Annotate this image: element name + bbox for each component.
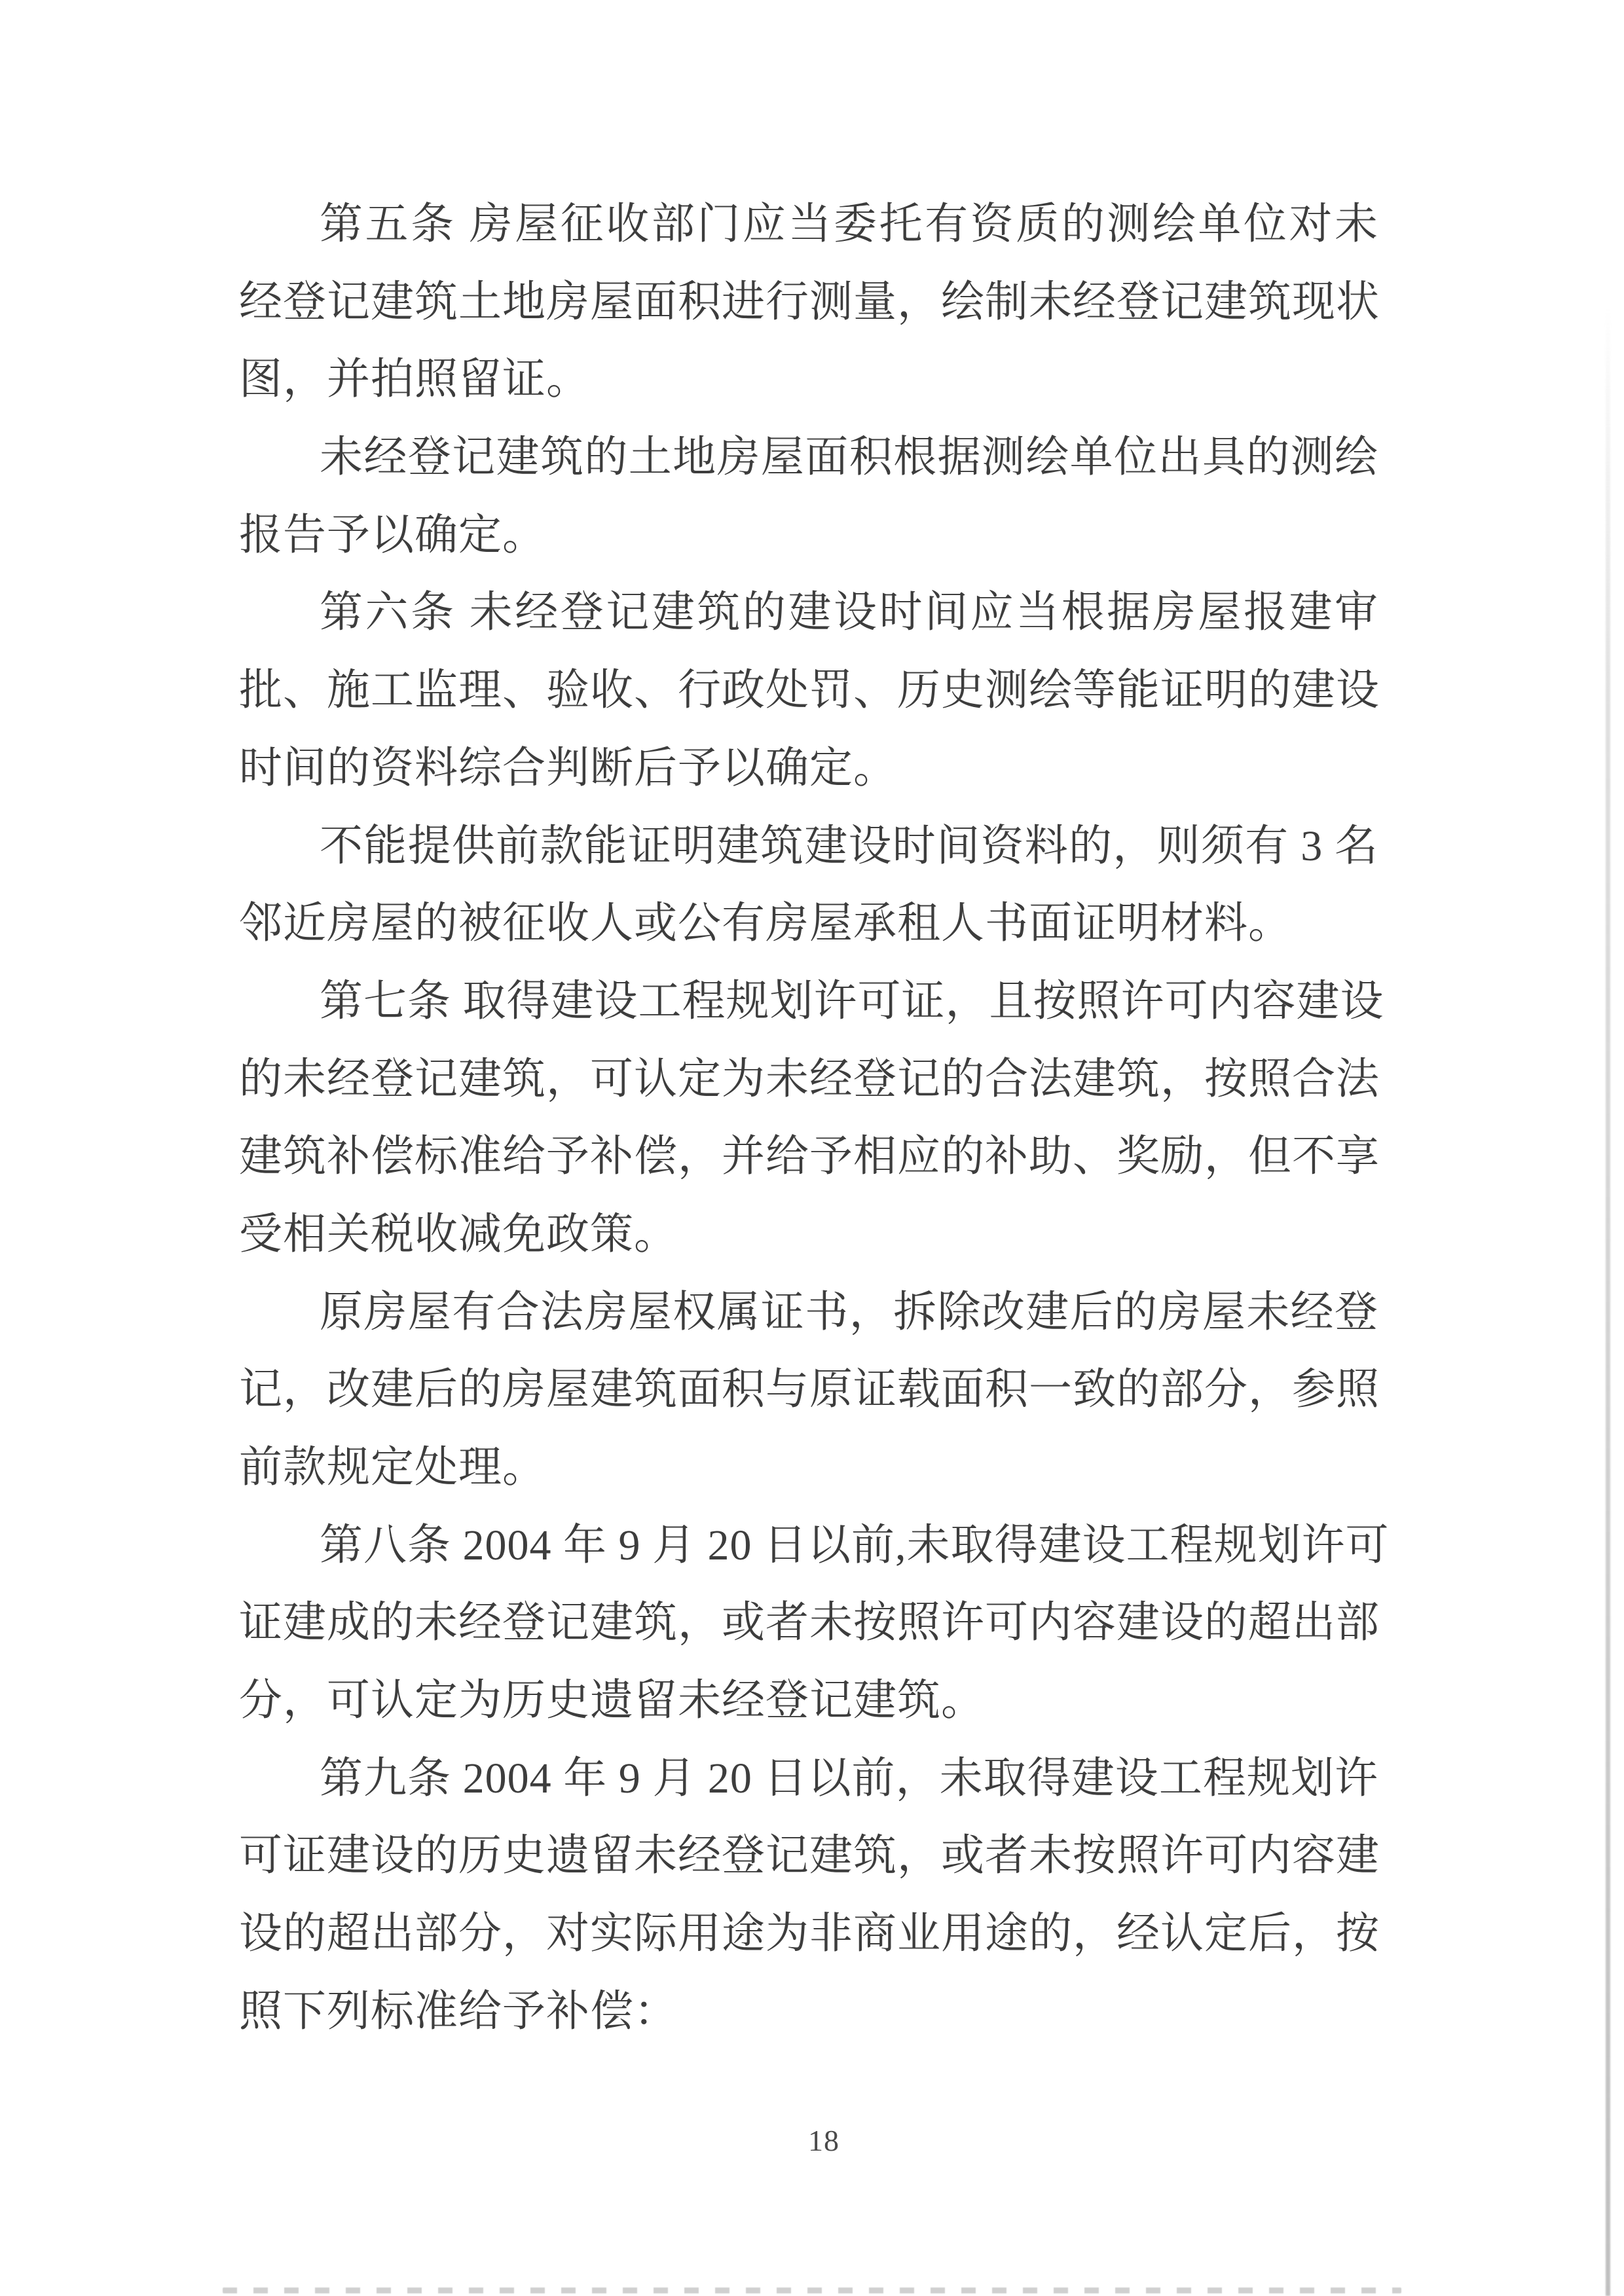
text-line: 建筑补偿标准给予补偿，并给予相应的补助、奖励，但不享 <box>239 1118 1378 1196</box>
paragraph: 第七条 取得建设工程规划许可证，且按照许可内容建设的未经登记建筑，可认定为未经登… <box>239 963 1378 1274</box>
text-line: 的未经登记建筑，可认定为未经登记的合法建筑，按照合法 <box>239 1041 1378 1119</box>
text-line: 设的超出部分，对实际用途为非商业用途的，经认定后，按 <box>239 1895 1378 1973</box>
text-line: 报告予以确定。 <box>239 497 1378 575</box>
text-line: 第六条 未经登记建筑的建设时间应当根据房屋报建审 <box>239 574 1378 652</box>
text-line: 证建成的未经登记建筑，或者未按照许可内容建设的超出部 <box>239 1584 1378 1662</box>
text-line: 第五条 房屋征收部门应当委托有资质的测绘单位对未 <box>239 186 1378 264</box>
text-block: 第五条 房屋征收部门应当委托有资质的测绘单位对未经登记建筑土地房屋面积进行测量，… <box>239 186 1378 2051</box>
paragraph: 未经登记建筑的土地房屋面积根据测绘单位出具的测绘报告予以确定。 <box>239 419 1378 574</box>
text-line: 经登记建筑土地房屋面积进行测量，绘制未经登记建筑现状 <box>239 264 1378 342</box>
text-line: 原房屋有合法房屋权属证书，拆除改建后的房屋未经登 <box>239 1274 1378 1352</box>
text-line: 第八条 2004 年 9 月 20 日以前,未取得建设工程规划许可 <box>239 1507 1378 1585</box>
text-line: 批、施工监理、验收、行政处罚、历史测绘等能证明的建设 <box>239 652 1378 730</box>
text-line: 图，并拍照留证。 <box>239 341 1378 419</box>
paragraph: 第六条 未经登记建筑的建设时间应当根据房屋报建审批、施工监理、验收、行政处罚、历… <box>239 574 1378 807</box>
text-line: 分，可认定为历史遗留未经登记建筑。 <box>239 1662 1378 1740</box>
text-line: 前款规定处理。 <box>239 1429 1378 1507</box>
text-line: 时间的资料综合判断后予以确定。 <box>239 730 1378 808</box>
text-line: 第七条 取得建设工程规划许可证，且按照许可内容建设 <box>239 963 1378 1041</box>
text-line: 邻近房屋的被征收人或公有房屋承租人书面证明材料。 <box>239 885 1378 963</box>
paragraph: 原房屋有合法房屋权属证书，拆除改建后的房屋未经登记，改建后的房屋建筑面积与原证载… <box>239 1274 1378 1507</box>
next-page-text-bleed-artifact <box>223 2287 1401 2293</box>
text-line: 记，改建后的房屋建筑面积与原证载面积一致的部分，参照 <box>239 1351 1378 1429</box>
paragraph: 不能提供前款能证明建筑建设时间资料的，则须有 3 名邻近房屋的被征收人或公有房屋… <box>239 808 1378 963</box>
text-line: 第九条 2004 年 9 月 20 日以前，未取得建设工程规划许 <box>239 1740 1378 1818</box>
page-number: 18 <box>0 2121 1624 2160</box>
paragraph: 第八条 2004 年 9 月 20 日以前,未取得建设工程规划许可证建成的未经登… <box>239 1507 1378 1740</box>
document-page: 第五条 房屋征收部门应当委托有资质的测绘单位对未经登记建筑土地房屋面积进行测量，… <box>0 0 1624 2296</box>
paragraph: 第九条 2004 年 9 月 20 日以前，未取得建设工程规划许可证建设的历史遗… <box>239 1740 1378 2051</box>
text-line: 可证建设的历史遗留未经登记建筑，或者未按照许可内容建 <box>239 1817 1378 1895</box>
text-line: 照下列标准给予补偿： <box>239 1973 1378 2051</box>
text-line: 不能提供前款能证明建筑建设时间资料的，则须有 3 名 <box>239 808 1378 886</box>
paragraph: 第五条 房屋征收部门应当委托有资质的测绘单位对未经登记建筑土地房屋面积进行测量，… <box>239 186 1378 419</box>
text-line: 未经登记建筑的土地房屋面积根据测绘单位出具的测绘 <box>239 419 1378 497</box>
text-line: 受相关税收减免政策。 <box>239 1196 1378 1274</box>
right-edge-scan-streak <box>1606 308 1610 2296</box>
